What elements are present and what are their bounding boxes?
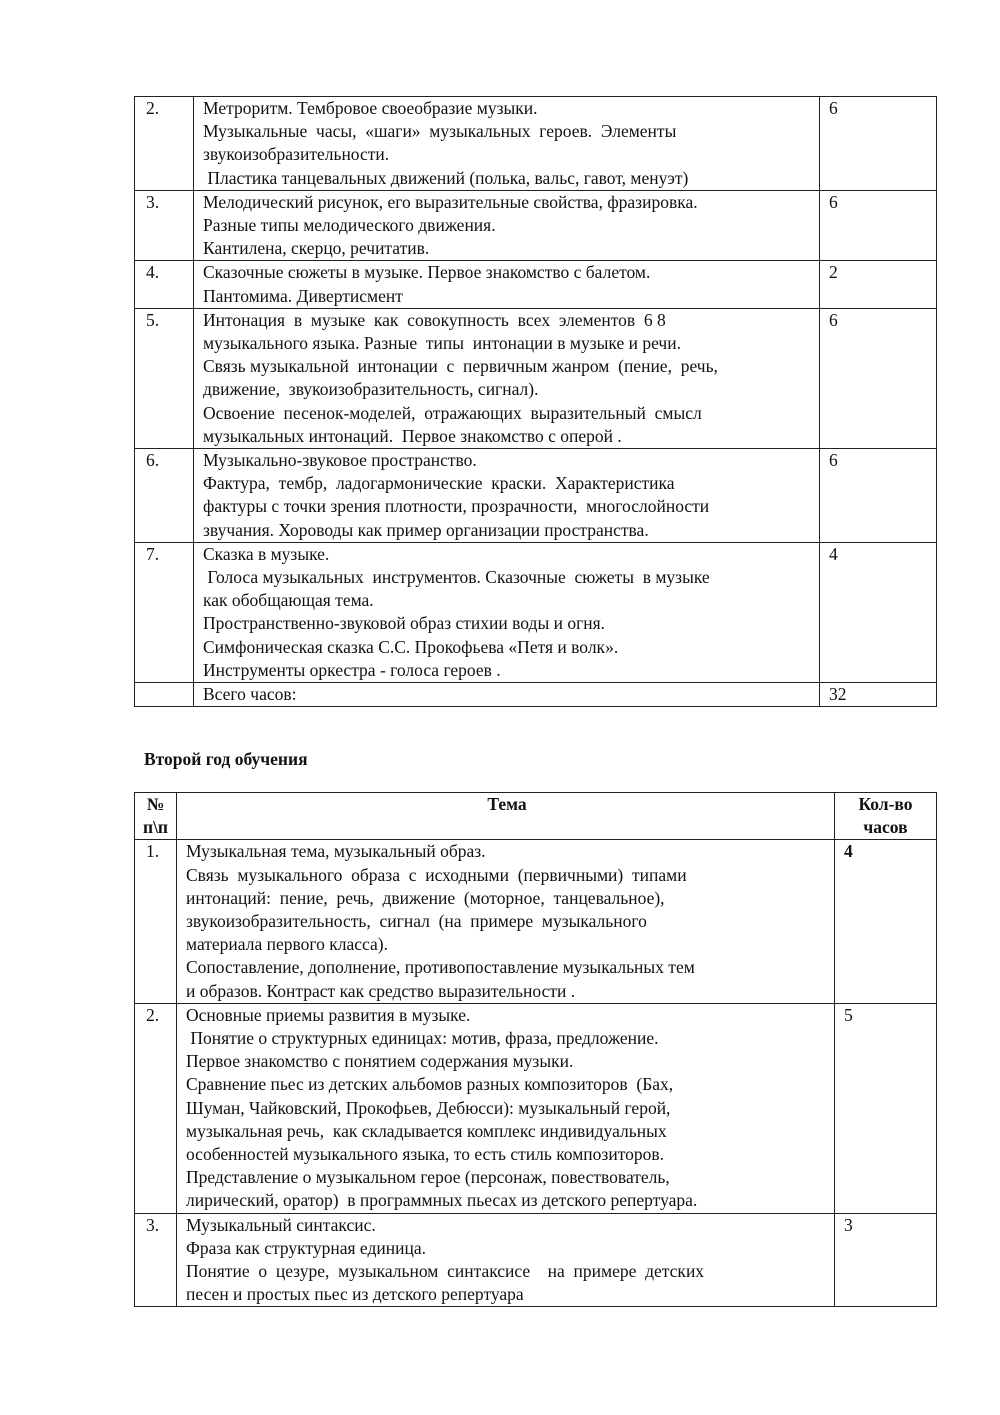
topic-line: Музыкально-звуковое пространство. bbox=[203, 449, 813, 472]
second-year-table: № п\п Тема Кол-во часов 1.Музыкальная те… bbox=[134, 792, 937, 1307]
topic-line: звукоизобразительность, сигнал (на приме… bbox=[186, 910, 828, 933]
row-topic: Мелодический рисунок, его выразительные … bbox=[194, 190, 820, 261]
row-number: 2. bbox=[135, 1003, 177, 1213]
topic-line: интонаций: пение, речь, движение (моторн… bbox=[186, 887, 828, 910]
row-topic: Сказочные сюжеты в музыке. Первое знаком… bbox=[194, 261, 820, 308]
table-row: 5.Интонация в музыке как совокупность вс… bbox=[135, 308, 937, 448]
topic-line: материала первого класса). bbox=[186, 933, 828, 956]
topic-line: Сопоставление, дополнение, противопостав… bbox=[186, 956, 828, 979]
row-hours: 4 bbox=[820, 542, 937, 682]
row-number: 4. bbox=[135, 261, 194, 308]
topic-line: звукоизобразительности. bbox=[203, 143, 813, 166]
row-topic: Метроритм. Тембровое своеобразие музыки.… bbox=[194, 97, 820, 191]
row-number: 5. bbox=[135, 308, 194, 448]
topic-line: особенностей музыкального языка, то есть… bbox=[186, 1143, 828, 1166]
topic-line: Симфоническая сказка С.С. Прокофьева «Пе… bbox=[203, 636, 813, 659]
table-header-row: № п\п Тема Кол-во часов bbox=[135, 793, 937, 840]
topic-line: Понятие о цезуре, музыкальном синтаксисе… bbox=[186, 1260, 828, 1283]
topic-line: лирический, оратор) в программных пьесах… bbox=[186, 1189, 828, 1212]
table-row: 7.Сказка в музыке. Голоса музыкальных ин… bbox=[135, 542, 937, 682]
topic-line: Метроритм. Тембровое своеобразие музыки. bbox=[203, 97, 813, 120]
row-number: 3. bbox=[135, 1213, 177, 1307]
total-label: Всего часов: bbox=[194, 683, 820, 707]
topic-line: Представление о музыкальном герое (персо… bbox=[186, 1166, 828, 1189]
header-number: № п\п bbox=[135, 793, 177, 840]
topic-line: Сравнение пьес из детских альбомов разны… bbox=[186, 1073, 828, 1096]
topic-line: движение, звукоизобразительность, сигнал… bbox=[203, 378, 813, 401]
table-row: 3.Мелодический рисунок, его выразительны… bbox=[135, 190, 937, 261]
topic-line: Первое знакомство с понятием содержания … bbox=[186, 1050, 828, 1073]
row-topic: Музыкальный синтаксис.Фраза как структур… bbox=[177, 1213, 835, 1307]
header-hours: Кол-во часов bbox=[835, 793, 937, 840]
topic-line: Музыкальная тема, музыкальный образ. bbox=[186, 840, 828, 863]
table-row: 6.Музыкально-звуковое пространство.Факту… bbox=[135, 449, 937, 543]
topic-line: Сказочные сюжеты в музыке. Первое знаком… bbox=[203, 261, 813, 284]
topic-line: Фактура, тембр, ладогармонические краски… bbox=[203, 472, 813, 495]
row-hours: 6 bbox=[820, 308, 937, 448]
row-hours: 5 bbox=[835, 1003, 937, 1213]
first-year-table: 2.Метроритм. Тембровое своеобразие музык… bbox=[134, 96, 937, 707]
topic-line: Инструменты оркестра - голоса героев . bbox=[203, 659, 813, 682]
topic-line: Пластика танцевальных движений (полька, … bbox=[203, 167, 813, 190]
topic-line: и образов. Контраст как средство выразит… bbox=[186, 980, 828, 1003]
topic-line: фактуры с точки зрения плотности, прозра… bbox=[203, 495, 813, 518]
topic-line: музыкальных интонаций. Первое знакомство… bbox=[203, 425, 813, 448]
row-hours: 6 bbox=[820, 449, 937, 543]
topic-line: Освоение песенок-моделей, отражающих выр… bbox=[203, 402, 813, 425]
total-hours: 32 bbox=[820, 683, 937, 707]
topic-line: Кантилена, скерцо, речитатив. bbox=[203, 237, 813, 260]
topic-line: Понятие о структурных единицах: мотив, ф… bbox=[186, 1027, 828, 1050]
row-hours: 4 bbox=[835, 840, 937, 1003]
topic-line: звучания. Хороводы как пример организаци… bbox=[203, 519, 813, 542]
topic-line: Пантомима. Дивертисмент bbox=[203, 285, 813, 308]
row-hours: 2 bbox=[820, 261, 937, 308]
row-hours: 6 bbox=[820, 97, 937, 191]
row-number: 3. bbox=[135, 190, 194, 261]
topic-line: Связь музыкальной интонации с первичным … bbox=[203, 355, 813, 378]
topic-line: Музыкальный синтаксис. bbox=[186, 1214, 828, 1237]
topic-line: музыкальная речь, как складывается компл… bbox=[186, 1120, 828, 1143]
row-number: 6. bbox=[135, 449, 194, 543]
topic-line: Сказка в музыке. bbox=[203, 543, 813, 566]
row-number: 2. bbox=[135, 97, 194, 191]
row-number: 7. bbox=[135, 542, 194, 682]
table-row: 3.Музыкальный синтаксис.Фраза как структ… bbox=[135, 1213, 937, 1307]
topic-line: песен и простых пьес из детского реперту… bbox=[186, 1283, 828, 1306]
row-hours: 6 bbox=[820, 190, 937, 261]
row-topic: Музыкальная тема, музыкальный образ.Связ… bbox=[177, 840, 835, 1003]
section-title: Второй год обучения bbox=[144, 749, 308, 770]
row-topic: Сказка в музыке. Голоса музыкальных инст… bbox=[194, 542, 820, 682]
total-empty-cell bbox=[135, 683, 194, 707]
table-row: 2.Метроритм. Тембровое своеобразие музык… bbox=[135, 97, 937, 191]
topic-line: Голоса музыкальных инструментов. Сказочн… bbox=[203, 566, 813, 589]
row-topic: Основные приемы развития в музыке. Понят… bbox=[177, 1003, 835, 1213]
topic-line: Фраза как структурная единица. bbox=[186, 1237, 828, 1260]
row-hours: 3 bbox=[835, 1213, 937, 1307]
topic-line: Пространственно-звуковой образ стихии во… bbox=[203, 612, 813, 635]
topic-line: Разные типы мелодического движения. bbox=[203, 214, 813, 237]
table-row: 4.Сказочные сюжеты в музыке. Первое знак… bbox=[135, 261, 937, 308]
header-topic: Тема bbox=[177, 793, 835, 840]
topic-line: как обобщающая тема. bbox=[203, 589, 813, 612]
row-topic: Интонация в музыке как совокупность всех… bbox=[194, 308, 820, 448]
table-row: 1.Музыкальная тема, музыкальный образ.Св… bbox=[135, 840, 937, 1003]
topic-line: Связь музыкального образа с исходными (п… bbox=[186, 864, 828, 887]
row-number: 1. bbox=[135, 840, 177, 1003]
table-row: 2.Основные приемы развития в музыке. Пон… bbox=[135, 1003, 937, 1213]
topic-line: Интонация в музыке как совокупность всех… bbox=[203, 309, 813, 332]
topic-line: Мелодический рисунок, его выразительные … bbox=[203, 191, 813, 214]
row-topic: Музыкально-звуковое пространство.Фактура… bbox=[194, 449, 820, 543]
topic-line: Музыкальные часы, «шаги» музыкальных гер… bbox=[203, 120, 813, 143]
total-row: Всего часов:32 bbox=[135, 683, 937, 707]
topic-line: Основные приемы развития в музыке. bbox=[186, 1004, 828, 1027]
topic-line: Шуман, Чайковский, Прокофьев, Дебюсси): … bbox=[186, 1097, 828, 1120]
topic-line: музыкального языка. Разные типы интонаци… bbox=[203, 332, 813, 355]
